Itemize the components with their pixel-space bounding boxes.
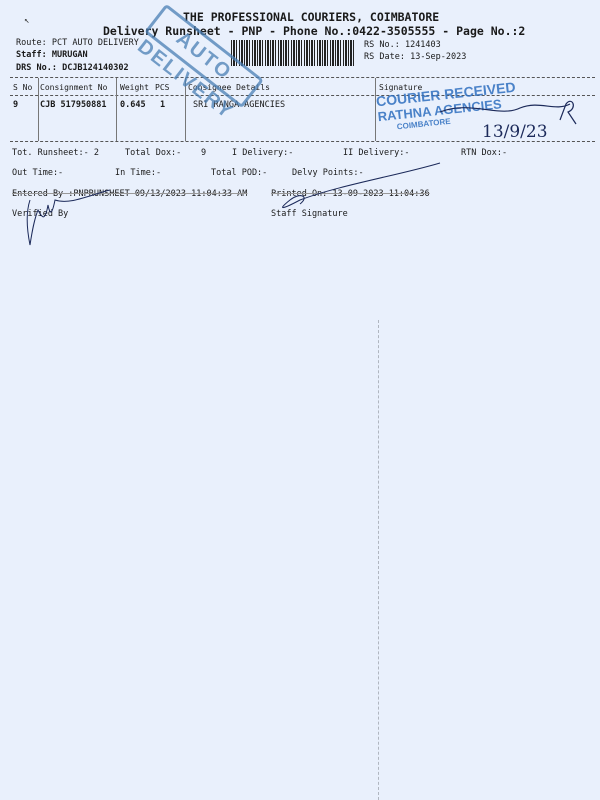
fold-line	[378, 320, 379, 800]
signature-scribbles	[0, 0, 600, 260]
cursor-icon: ↖	[24, 16, 29, 26]
